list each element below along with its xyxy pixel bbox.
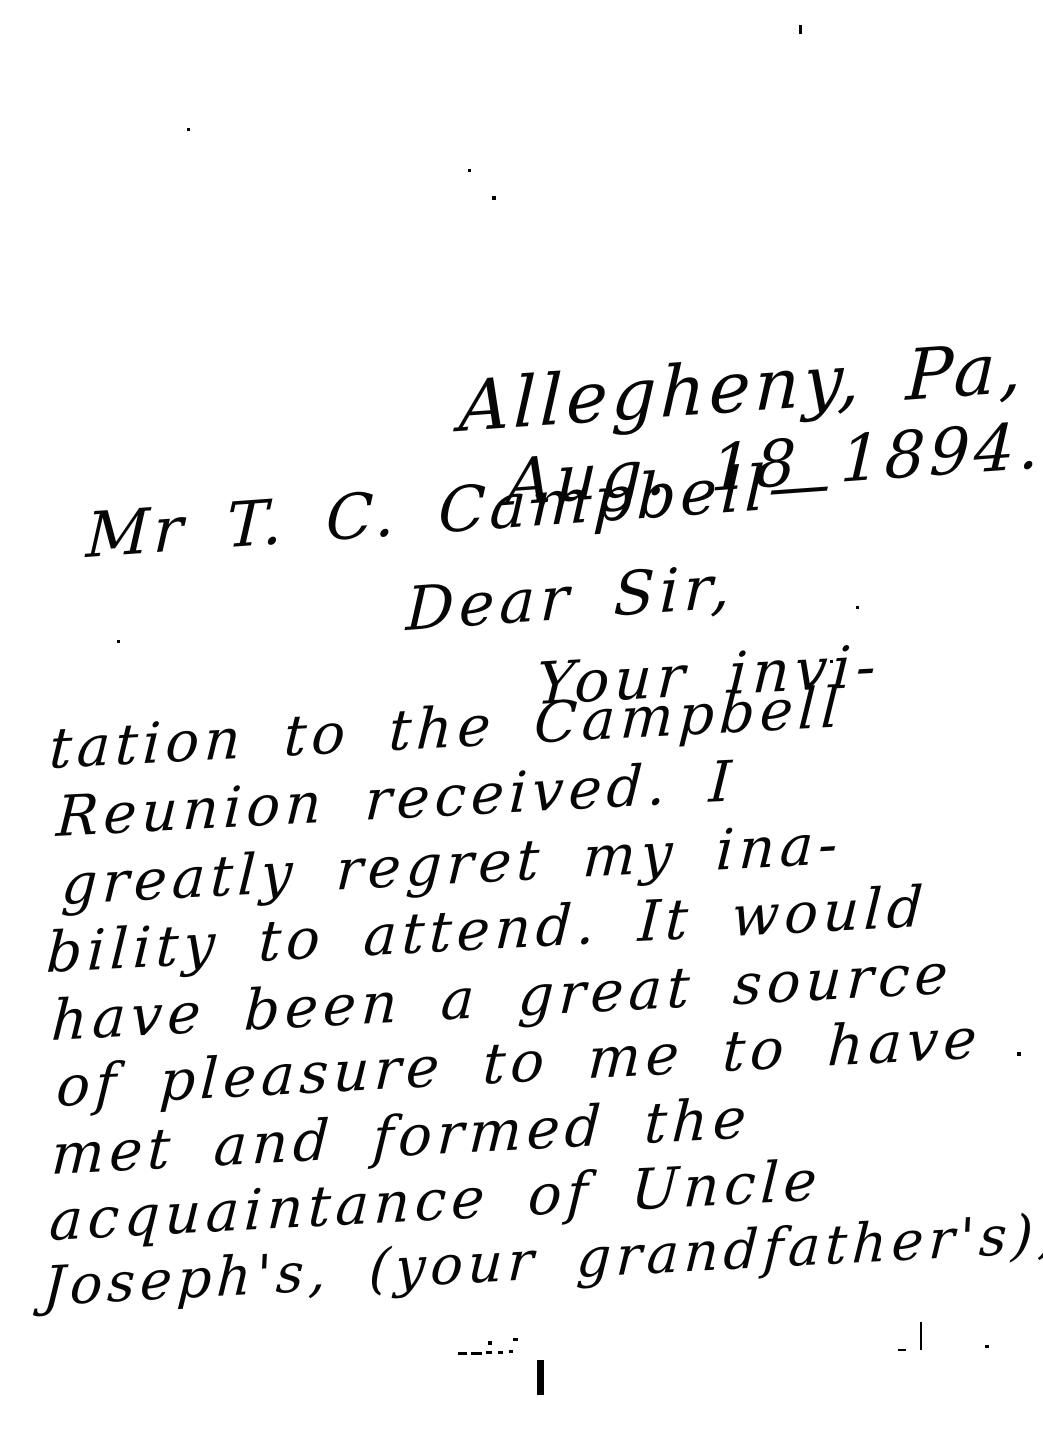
scan-speck <box>486 1351 492 1354</box>
scan-artifact-blob <box>537 1360 544 1395</box>
scan-speck <box>799 25 802 34</box>
scan-speck <box>830 660 833 663</box>
scan-speck <box>985 1345 989 1348</box>
scan-speck <box>509 1350 513 1353</box>
letter-salutation-line: Dear Sir, <box>405 557 736 640</box>
scan-artifact-tick <box>898 1349 906 1351</box>
scan-speck <box>498 1351 503 1354</box>
scan-speck <box>488 1341 492 1345</box>
scan-speck <box>492 196 496 200</box>
letter-page: Allegheny, Pa, Aug. 18 1894. Mr T. C. Ca… <box>0 0 1043 1441</box>
scan-speck <box>513 1338 518 1341</box>
scan-speck <box>471 1352 482 1355</box>
scan-speck <box>1017 1052 1021 1056</box>
scan-speck <box>187 128 190 131</box>
scan-speck <box>117 640 120 643</box>
scan-speck <box>458 1352 467 1355</box>
scan-speck <box>468 169 471 172</box>
scan-speck <box>856 606 859 609</box>
letter-recipient-line: Mr T. C. Campbell— <box>85 452 835 567</box>
scan-artifact-tick <box>920 1322 922 1350</box>
